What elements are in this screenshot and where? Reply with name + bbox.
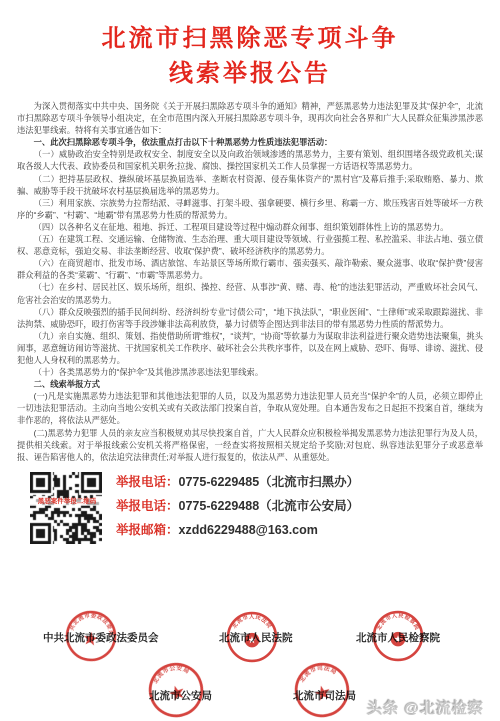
contact-block: 黑恶案件举报二维码 举报电话：0775-6229485（北流市扫黑办） 举报电话…: [30, 470, 500, 548]
page-title-line1: 北流市扫黑除恶专项斗争: [0, 26, 500, 52]
report-rule-1: (一)凡是实施黑恶势力违法犯罪和其他违法犯罪的人员，以及为黑恶势力违法犯罪人员充…: [17, 390, 483, 426]
svg-text:北流市公安局: 北流市公安局: [148, 658, 193, 686]
qr-code-label: 黑恶案件举报二维码: [26, 498, 108, 506]
seal-ring-text: 北流市人民检察院: [374, 611, 421, 631]
report-email-value: xzdd6229488@163.com: [179, 523, 318, 537]
seal-ring-text: 北流市公安局: [148, 658, 193, 686]
report-rule-2: (二)黑恶势力犯罪 人员的亲友应当积极规劝其尽快投案自首，广大人民群众应积极检举…: [17, 427, 483, 463]
report-phone-line-2: 举报电话：0775-6229488（北流市公安局）: [116, 494, 359, 518]
seal-ring-text: 北流市人民法院: [230, 612, 274, 630]
intro-paragraph: 为深入贯彻落实中共中央、国务院《关于开展扫黑除恶专项斗争的通知》精神，严惩黑恶势…: [17, 100, 483, 136]
announcement-page: 北流市扫黑除恶专项斗争 线索举报公告 为深入贯彻落实中共中央、国务院《关于开展扫…: [0, 0, 500, 721]
clause-item-9: （九）亲自实施、组织、策划、指使借助所谓“维权”，“谈判”，“协商”等软暴力为谋…: [17, 330, 483, 366]
clause-item-2: （二）把持基层政权、操纵破坏基层换届选举、垄断农村资源、侵吞集体资产的“黑村官”…: [17, 173, 483, 197]
report-phone-value-2: 0775-6229488（北流市公安局）: [179, 499, 360, 513]
official-seal-icon: 中共北流市委政法委员会: [62, 607, 121, 666]
clause-item-8: （八）群众反映强烈的插手民间纠纷、经济纠纷专业“讨债公司”，“地下执法队”，“职…: [17, 306, 483, 330]
page-title-line2: 线索举报公告: [0, 61, 500, 87]
section2-heading: 二、线索举报方式: [17, 378, 483, 390]
qr-code: [30, 472, 102, 544]
clause-item-6: （六）在商贸超市、批发市场、酒店旅馆、车站景区等场所欺行霸市、强卖强买、敲诈勒索…: [17, 257, 483, 281]
section1-heading: 一、此次扫黑除恶专项斗争，依法重点打击以下十种黑恶势力性质违法犯罪活动：: [17, 136, 483, 148]
report-phone-label-2: 举报电话：: [116, 499, 179, 513]
clause-item-10: （十）各类黑恶势力的“保护伞”及其他涉黑涉恶违法犯罪线索。: [17, 366, 483, 378]
clause-item-3: （三）利用家族、宗族势力拉帮结派、寻衅滋事、打架斗殴、强拿硬要、横行乡里、称霸一…: [17, 197, 483, 221]
report-phone-label-1: 举报电话：: [116, 475, 179, 489]
report-phone-line-1: 举报电话：0775-6229485（北流市扫黑办）: [116, 470, 359, 494]
contact-lines: 举报电话：0775-6229485（北流市扫黑办） 举报电话：0775-6229…: [116, 470, 359, 542]
announcement-body: 为深入贯彻落实中共中央、国务院《关于开展扫黑除恶专项斗争的通知》精神，严惩黑恶势…: [17, 100, 483, 463]
qr-code-wrap: 黑恶案件举报二维码: [30, 472, 102, 544]
toutiao-watermark: 头条 @北流检察: [367, 697, 484, 718]
report-email-label: 举报邮箱：: [116, 523, 179, 537]
clause-item-7: （七）在乡村、居民社区、娱乐场所，组织、操控、经营、从事涉“黄、赌、毒、枪”的违…: [17, 281, 483, 305]
official-seal-icon: 北流市公安局: [141, 655, 212, 721]
official-seal-icon: 北流市人民检察院: [372, 610, 424, 662]
clause-item-1: （一）威胁政治安全特别是政权安全、制度安全以及向政治领域渗透的黑恶势力，主要有策…: [17, 148, 483, 172]
report-email-line: 举报邮箱：xzdd6229488@163.com: [116, 518, 359, 542]
clause-item-5: （五）在建筑工程、交通运输、仓储物流、生态治理、重大项目建设等领域、行业强揽工程…: [17, 233, 483, 257]
clause-item-4: （四）以各种名义在征地、租地、拆迁、工程项目建设等过程中煽动群众闹事、组织策划群…: [17, 221, 483, 233]
report-phone-value-1: 0775-6229485（北流市扫黑办）: [179, 475, 360, 489]
official-seal-icon: 北流市司法局: [288, 656, 356, 721]
svg-text:北流市人民法院: 北流市人民法院: [230, 612, 274, 630]
official-seal-icon: 北流市人民法院: [226, 611, 278, 663]
svg-text:北流市人民检察院: 北流市人民检察院: [374, 611, 421, 631]
